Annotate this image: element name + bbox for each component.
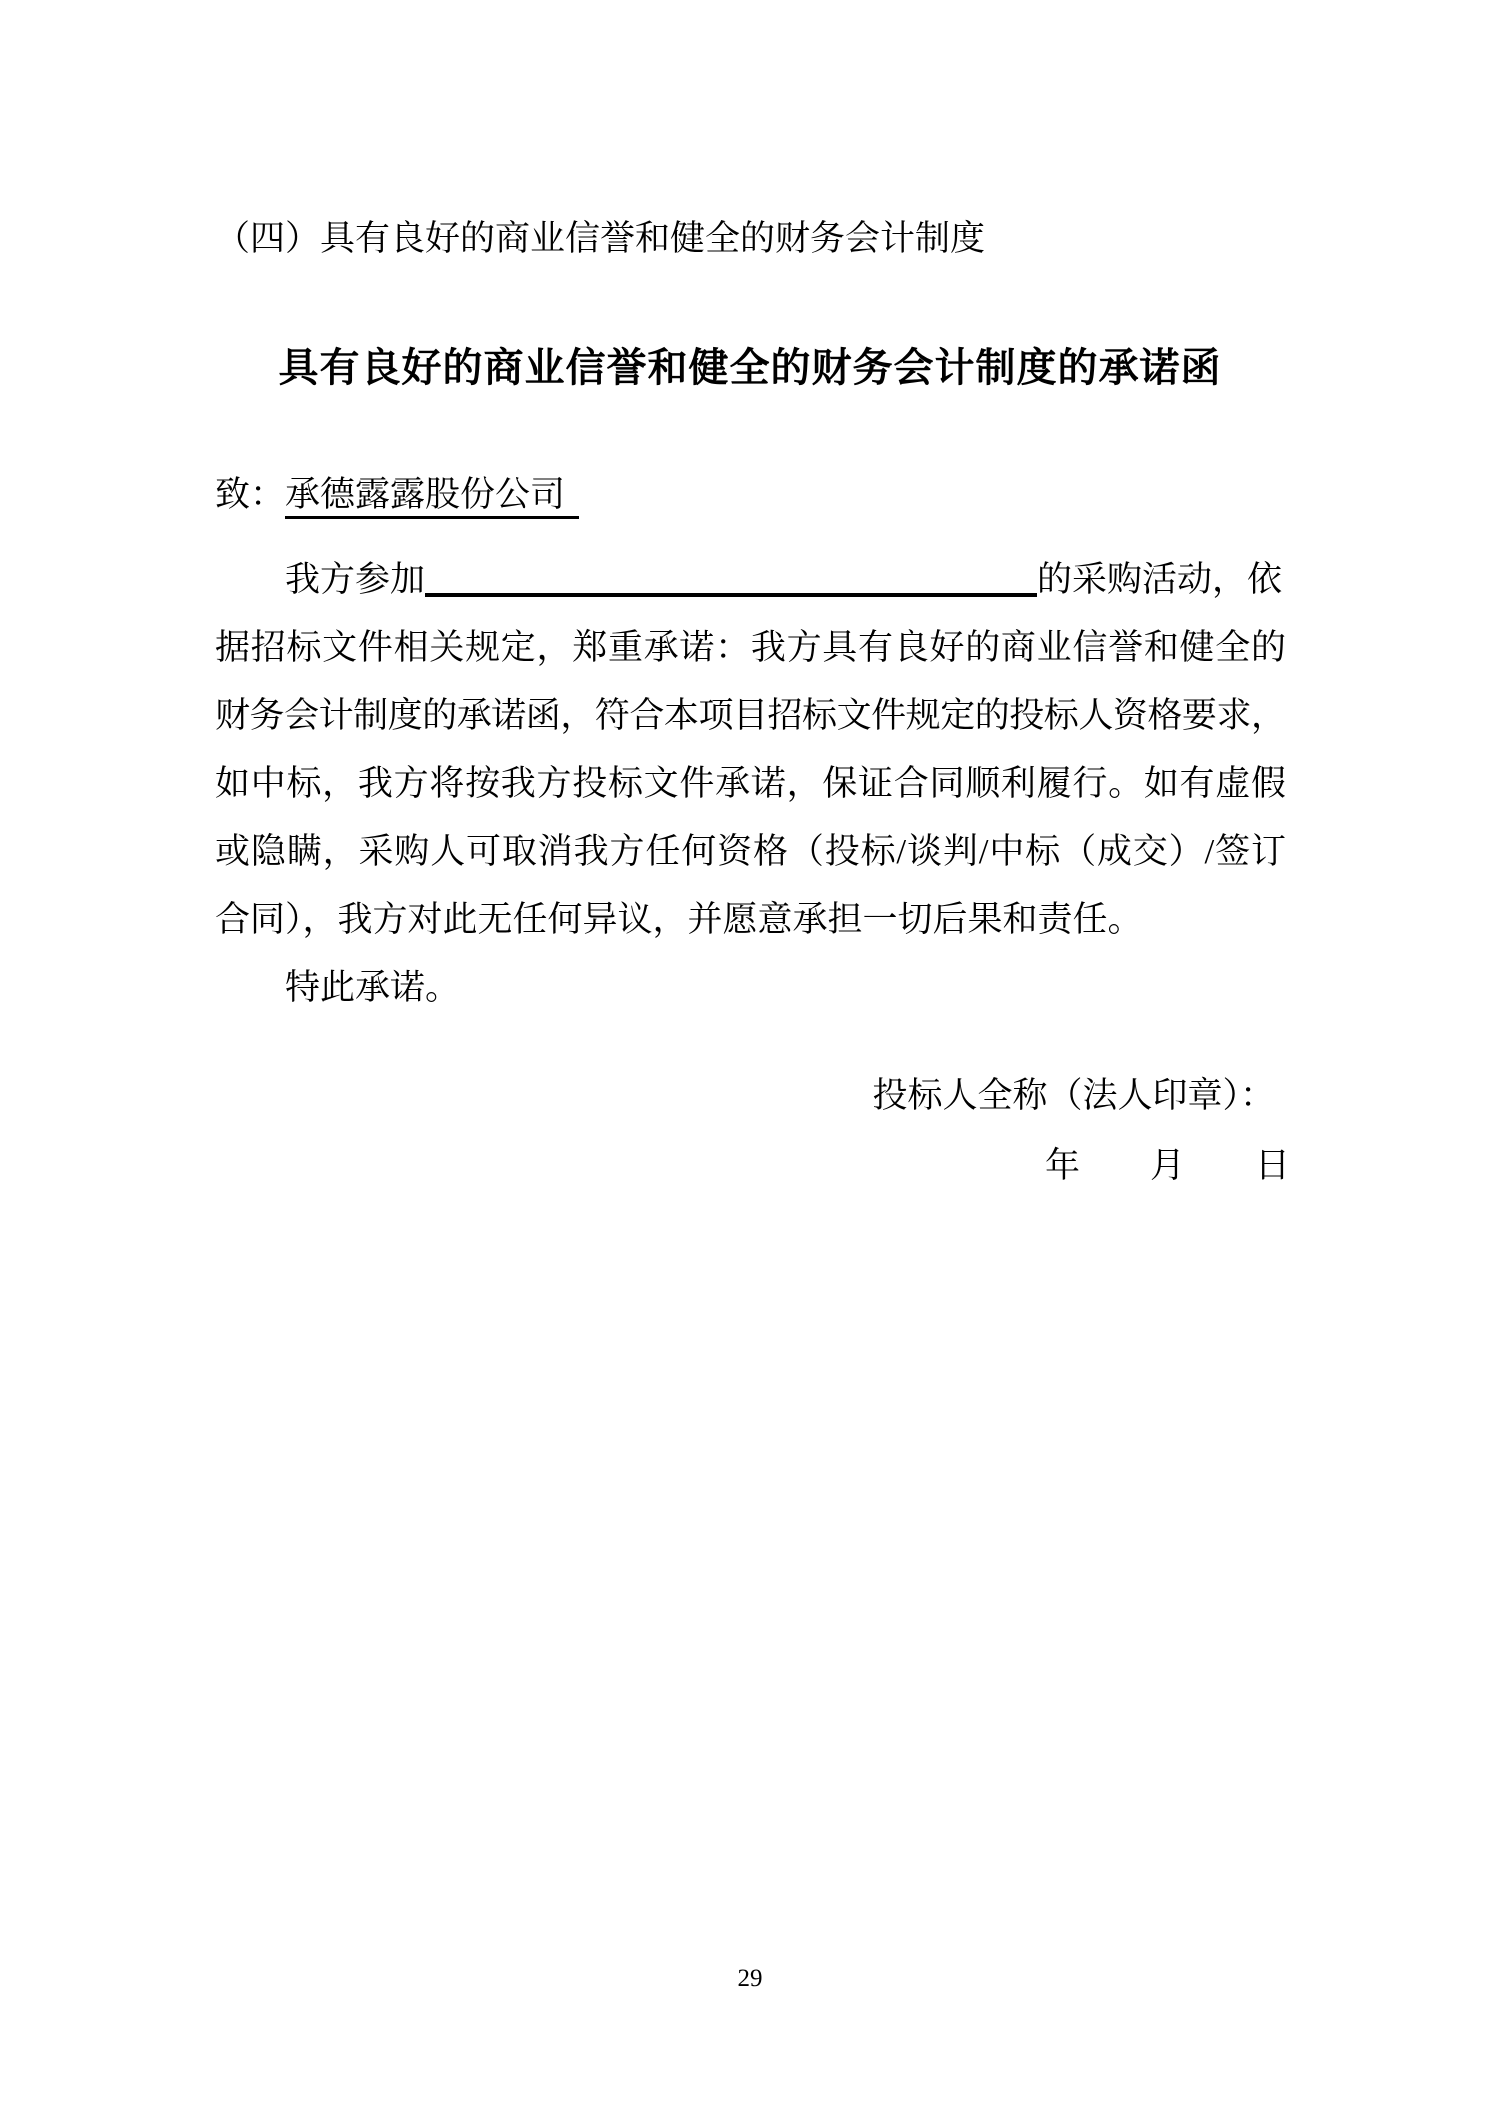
paragraph-line-1: 我方参加的采购活动，依 — [215, 546, 1285, 614]
document-page: （四）具有良好的商业信誉和健全的财务会计制度 具有良好的商业信誉和健全的财务会计… — [0, 0, 1500, 2121]
paragraph-line-6: 合同），我方对此无任何异议，并愿意承担一切后果和责任。 — [215, 886, 1285, 954]
salutation-label: 致： — [215, 475, 285, 514]
paragraph-line-2: 据招标文件相关规定，郑重承诺：我方具有良好的商业信誉和健全的 — [215, 614, 1285, 682]
fill-in-blank[interactable] — [425, 591, 1037, 597]
section-heading: （四）具有良好的商业信誉和健全的财务会计制度 — [215, 221, 985, 256]
first-line-before: 我方参加 — [285, 560, 425, 599]
paragraph-line-5: 或隐瞒，采购人可取消我方任何资格（投标/谈判/中标（成交）/签订 — [215, 818, 1285, 886]
first-line-after: 的采购活动，依 — [1037, 560, 1282, 599]
paragraph-line-3: 财务会计制度的承诺函，符合本项目招标文件规定的投标人资格要求， — [215, 682, 1285, 750]
salutation-line: 致：承德露露股份公司 — [215, 477, 579, 519]
salutation-company: 承德露露股份公司 — [285, 477, 579, 519]
document-title: 具有良好的商业信誉和健全的财务会计制度的承诺函 — [0, 348, 1500, 388]
commitment-paragraph: 我方参加的采购活动，依 据招标文件相关规定，郑重承诺：我方具有良好的商业信誉和健… — [215, 546, 1285, 1022]
page-number: 29 — [0, 1966, 1500, 1991]
paragraph-line-4: 如中标，我方将按我方投标文件承诺，保证合同顺利履行。如有虚假 — [215, 750, 1285, 818]
signature-date-line: 年 月 日 — [1045, 1148, 1290, 1183]
signature-name-line: 投标人全称（法人印章）： — [872, 1078, 1275, 1113]
closing-line: 特此承诺。 — [215, 954, 1285, 1022]
